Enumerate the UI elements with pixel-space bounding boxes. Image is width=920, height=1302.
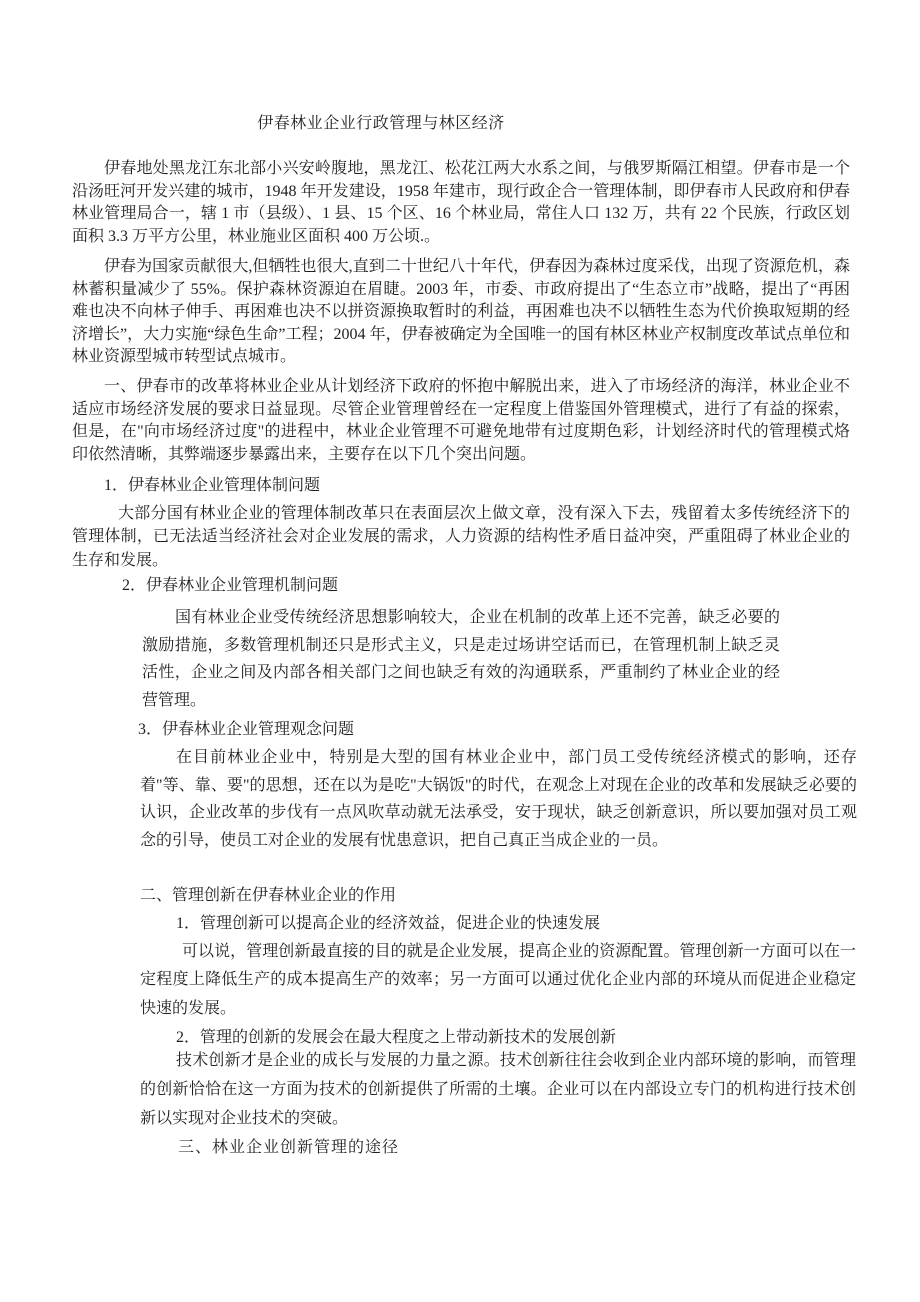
section1-item2-heading: 2．伊春林业企业管理机制问题 bbox=[72, 574, 850, 597]
section2-item1-heading: 1．管理创新可以提高企业的经济效益，促进企业的快速发展 bbox=[176, 912, 856, 936]
document-title: 伊春林业企业行政管理与林区经济 bbox=[72, 112, 690, 136]
section2-item2-body: 技术创新才是企业的成长与发展的力量之源。技术创新往往会收到企业内部环境的影响，而… bbox=[140, 1046, 856, 1133]
section1-item3-heading: 3．伊春林业企业管理观念问题 bbox=[138, 718, 838, 742]
section1-lead-paragraph: 一、伊春市的改革将林业企业从计划经济下政府的怀抱中解脱出来，进入了市场经济的海洋… bbox=[72, 376, 850, 466]
document-page: 伊春林业企业行政管理与林区经济 伊春地处黑龙江东北部小兴安岭腹地，黑龙江、松花江… bbox=[0, 0, 920, 1302]
section1-item3-body: 在目前林业企业中，特别是大型的国有林业企业中，部门员工受传统经济模式的影响，还存… bbox=[140, 744, 857, 854]
section3-heading: 三、林业企业创新管理的途径 bbox=[178, 1136, 778, 1160]
section1-item1-heading: 1．伊春林业企业管理体制问题 bbox=[72, 474, 850, 497]
section1-item2-body: 国有林业企业受传统经济思想影响较大，企业在机制的改革上还不完善，缺乏必要的激励措… bbox=[142, 604, 780, 714]
intro-paragraph-1: 伊春地处黑龙江东北部小兴安岭腹地，黑龙江、松花江两大水系之间，与俄罗斯隔江相望。… bbox=[72, 158, 850, 248]
section2-heading: 二、管理创新在伊春林业企业的作用 bbox=[140, 884, 840, 908]
section2-item1-body: 可以说，管理创新最直接的目的就是企业发展，提高企业的资源配置。管理创新一方面可以… bbox=[140, 938, 856, 1023]
section1-item1-body: 大部分国有林业企业的管理体制改革只在表面层次上做文章，没有深入下去，残留着太多传… bbox=[72, 502, 850, 572]
intro-paragraph-2: 伊春为国家贡献很大,但牺牲也很大,直到二十世纪八十年代，伊春因为森林过度采伐，出… bbox=[72, 256, 850, 369]
